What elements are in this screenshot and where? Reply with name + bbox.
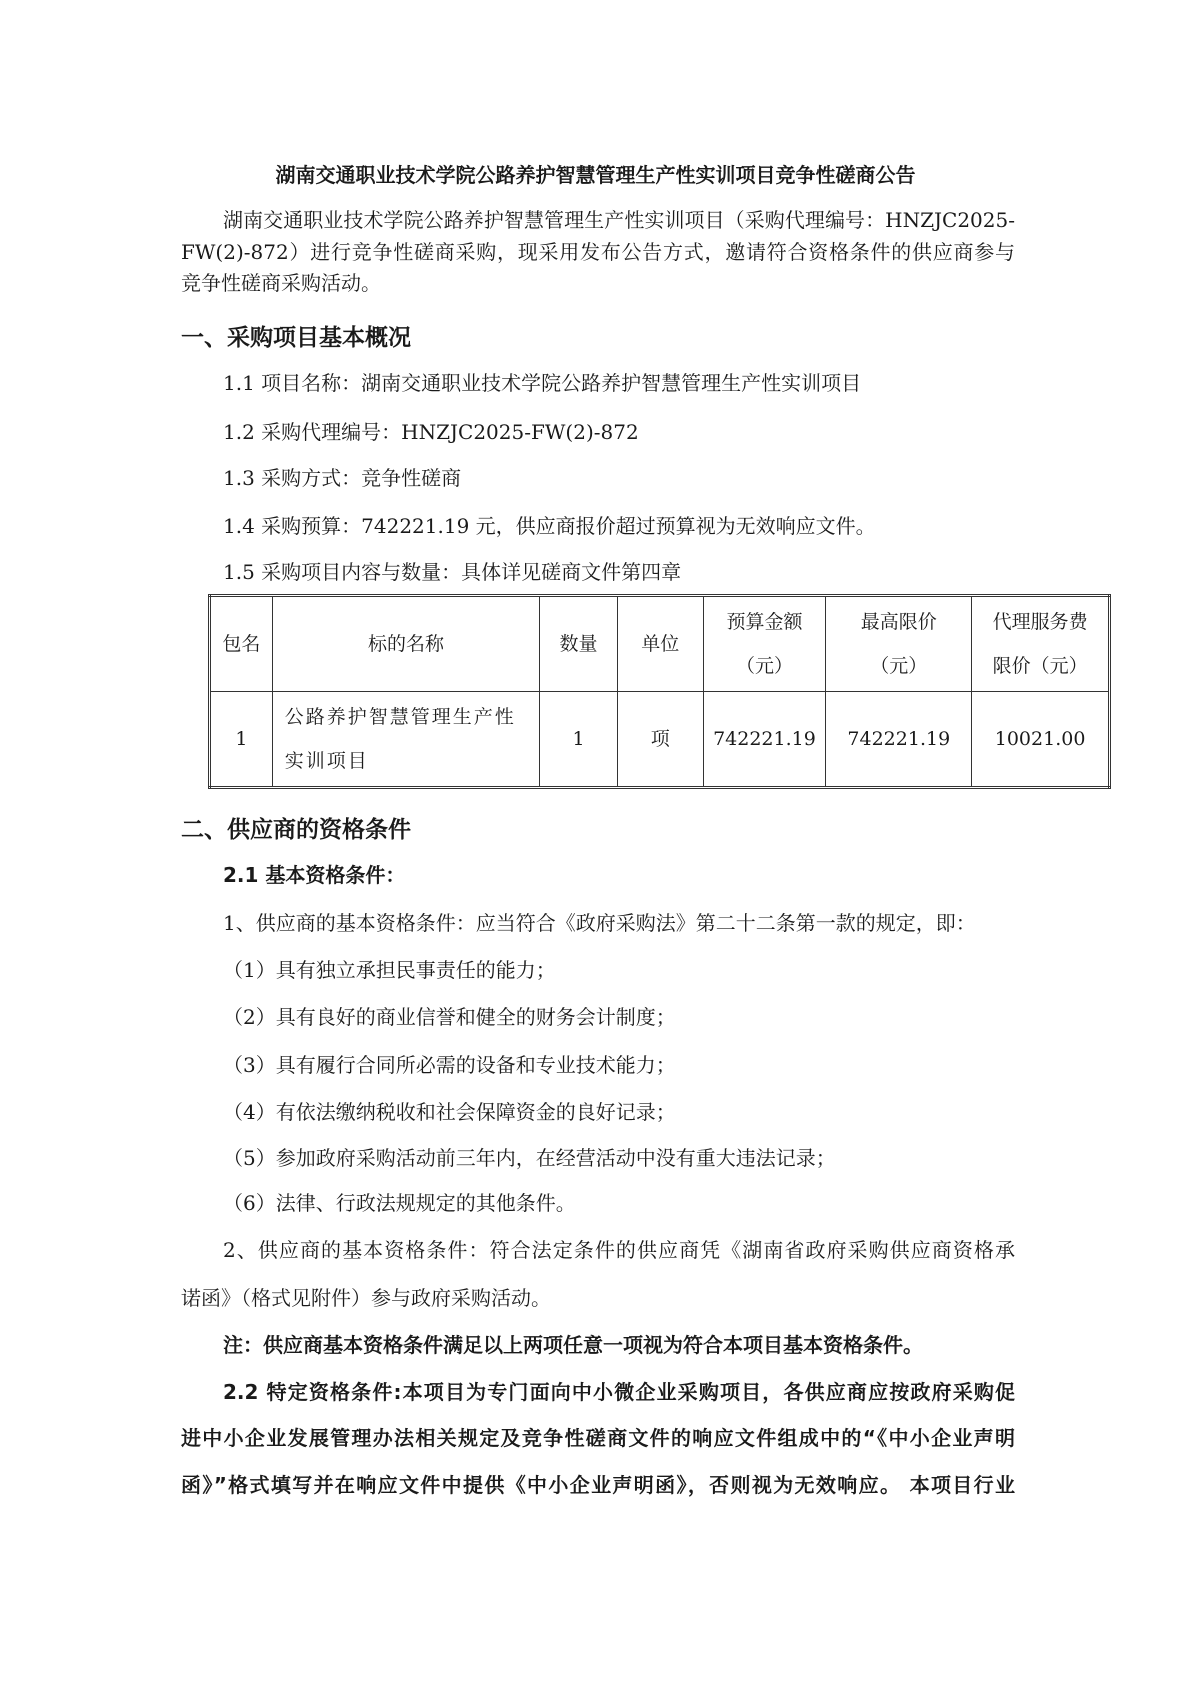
subsection-2-2-line-2: 进中小企业发展管理办法相关规定及竞争性磋商文件的响应文件组成中的“《中小企业声明 xyxy=(181,1426,1015,1450)
subsection-2-2-line-3: 函》”格式填写并在响应文件中提供《中小企业声明函》，否则视为无效响应。 本项目行… xyxy=(181,1473,1015,1497)
cell-quantity: 1 xyxy=(540,692,618,788)
cell-budget: 742221.19 xyxy=(703,692,826,788)
item-1-4: 1.4 采购预算：742221.19 元，供应商报价超过预算视为无效响应文件。 xyxy=(223,514,876,538)
intro-line-2: FW(2)-872）进行竞争性磋商采购，现采用发布公告方式，邀请符合资格条件的供… xyxy=(181,240,1015,264)
header-agency-fee-line1: 代理服务费 xyxy=(976,600,1104,644)
cell-unit: 项 xyxy=(617,692,703,788)
header-agency-fee: 代理服务费 限价（元） xyxy=(972,596,1110,692)
cell-item-name: 公路养护智慧管理生产性 实训项目 xyxy=(272,692,539,788)
condition-6: （6）法律、行政法规规定的其他条件。 xyxy=(223,1191,576,1215)
clause-2-line-2: 诺函》（格式见附件）参与政府采购活动。 xyxy=(181,1286,551,1310)
procurement-items-table: 包名 标的名称 数量 单位 预算金额 （元） 最高限价 （元） 代理服务费 限价… xyxy=(208,594,1111,789)
condition-2: （2）具有良好的商业信誉和健全的财务会计制度； xyxy=(223,1005,676,1029)
qualification-note: 注：供应商基本资格条件满足以上两项任意一项视为符合本项目基本资格条件。 xyxy=(223,1333,923,1357)
header-max-price-line1: 最高限价 xyxy=(830,600,967,644)
table-row: 1 公路养护智慧管理生产性 实训项目 1 项 742221.19 742221.… xyxy=(210,692,1110,788)
subsection-2-2-line-1: 2.2 特定资格条件:本项目为专门面向中小微企业采购项目，各供应商应按政府采购促 xyxy=(223,1380,1015,1404)
header-max-price-line2: （元） xyxy=(830,644,967,688)
header-quantity: 数量 xyxy=(540,596,618,692)
header-unit: 单位 xyxy=(617,596,703,692)
header-package: 包名 xyxy=(210,596,273,692)
header-budget: 预算金额 （元） xyxy=(703,596,826,692)
cell-agency-fee: 10021.00 xyxy=(972,692,1110,788)
clause-2-line-1: 2、供应商的基本资格条件：符合法定条件的供应商凭《湖南省政府采购供应商资格承 xyxy=(223,1238,1015,1262)
condition-3: （3）具有履行合同所必需的设备和专业技术能力； xyxy=(223,1053,676,1077)
cell-item-name-line1: 公路养护智慧管理生产性 xyxy=(285,695,535,739)
section-2-heading: 二、供应商的资格条件 xyxy=(181,816,411,844)
table-header-row: 包名 标的名称 数量 单位 预算金额 （元） 最高限价 （元） 代理服务费 限价… xyxy=(210,596,1110,692)
subsection-2-1-heading: 2.1 基本资格条件： xyxy=(223,863,405,887)
document-title: 湖南交通职业技术学院公路养护智慧管理生产性实训项目竞争性磋商公告 xyxy=(0,163,1191,187)
intro-line-1: 湖南交通职业技术学院公路养护智慧管理生产性实训项目（采购代理编号：HNZJC20… xyxy=(223,208,1015,232)
condition-4: （4）有依法缴纳税收和社会保障资金的良好记录； xyxy=(223,1100,676,1124)
item-1-2: 1.2 采购代理编号：HNZJC2025-FW(2)-872 xyxy=(223,420,639,444)
condition-1: （1）具有独立承担民事责任的能力； xyxy=(223,958,556,982)
section-1-heading: 一、采购项目基本概况 xyxy=(181,324,411,352)
item-1-3: 1.3 采购方式：竞争性磋商 xyxy=(223,466,461,490)
intro-line-3: 竞争性磋商采购活动。 xyxy=(181,271,381,295)
item-1-5: 1.5 采购项目内容与数量：具体详见磋商文件第四章 xyxy=(223,560,681,584)
header-budget-line1: 预算金额 xyxy=(708,600,822,644)
cell-max-price: 742221.19 xyxy=(826,692,972,788)
cell-item-name-line2: 实训项目 xyxy=(285,739,535,783)
condition-5: （5）参加政府采购活动前三年内，在经营活动中没有重大违法记录； xyxy=(223,1146,836,1170)
item-1-1: 1.1 项目名称：湖南交通职业技术学院公路养护智慧管理生产性实训项目 xyxy=(223,371,861,395)
header-max-price: 最高限价 （元） xyxy=(826,596,972,692)
header-item-name: 标的名称 xyxy=(272,596,539,692)
cell-package: 1 xyxy=(210,692,273,788)
header-agency-fee-line2: 限价（元） xyxy=(976,644,1104,688)
clause-1: 1、供应商的基本资格条件：应当符合《政府采购法》第二十二条第一款的规定，即： xyxy=(223,911,976,935)
header-budget-line2: （元） xyxy=(708,644,822,688)
